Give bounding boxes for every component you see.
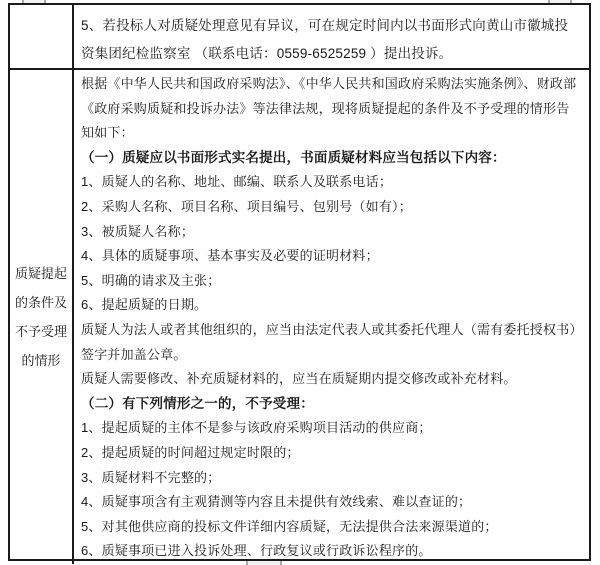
document-page: 5、若投标人对质疑处理意见有异议，可在规定时间内以书面形式向黄山市徽城投资集团纪… bbox=[0, 0, 600, 565]
notice-paragraphs: 根据《中华人民共和国政府采购法》、《中华人民共和国政府采购法实施条例》、财政部《… bbox=[74, 70, 589, 564]
notice-paragraph: 1、提起质疑的主体不是参与该政府采购项目活动的供应商； bbox=[81, 416, 579, 441]
row-label-cell-empty bbox=[10, 5, 74, 68]
table-row-notice: 质疑提起 的条件及 不予受理 的情形 根据《中华人民共和国政府采购法》、《中华人… bbox=[10, 70, 589, 564]
notice-paragraph: 1、质疑人的名称、地址、邮编、联系人及联系电话； bbox=[81, 170, 579, 195]
notice-paragraph: 3、被质疑人名称； bbox=[81, 220, 579, 245]
row-label-notice-conditions: 质疑提起 的条件及 不予受理 的情形 bbox=[10, 70, 74, 564]
notice-paragraph: 质疑人为法人或者其他组织的，应当由法定代表人或其委托代理人（需有委托授权书）签字… bbox=[81, 318, 579, 367]
notice-paragraph: （二）有下列情形之一的，不予受理： bbox=[81, 392, 579, 417]
notice-paragraph: 5、明确的请求及主张； bbox=[81, 269, 579, 294]
notice-paragraph: 2、采购人名称、项目名称、项目编号、包别号（如有）； bbox=[81, 195, 579, 220]
notice-table: 5、若投标人对质疑处理意见有异议，可在规定时间内以书面形式向黄山市徽城投资集团纪… bbox=[8, 3, 591, 561]
notice-paragraph: 5、对其他供应商的投标文件详细内容质疑，无法提供合法来源渠道的； bbox=[81, 515, 579, 540]
complaint-instruction-text: 5、若投标人对质疑处理意见有异议，可在规定时间内以书面形式向黄山市徽城投资集团纪… bbox=[74, 5, 589, 68]
notice-paragraph: 3、质疑材料不完整的； bbox=[81, 466, 579, 491]
notice-paragraph: 质疑人需要修改、补充质疑材料的，应当在质疑期内提交修改或补充材料。 bbox=[81, 367, 579, 392]
notice-paragraph: 6、质疑事项已进入投诉处理、行政复议或行政诉讼程序的。 bbox=[81, 539, 579, 564]
table-row-complaint: 5、若投标人对质疑处理意见有异议，可在规定时间内以书面形式向黄山市徽城投资集团纪… bbox=[10, 5, 589, 70]
notice-paragraph: 4、具体的质疑事项、基本事实及必要的证明材料； bbox=[81, 244, 579, 269]
notice-paragraph: 4、质疑事项含有主观猜测等内容且未提供有效线索、难以查证的； bbox=[81, 490, 579, 515]
notice-paragraph: 根据《中华人民共和国政府采购法》、《中华人民共和国政府采购法实施条例》、财政部《… bbox=[81, 72, 579, 146]
notice-paragraph: 2、提起质疑的时间超过规定时限的； bbox=[81, 441, 579, 466]
notice-paragraph: 6、提起质疑的日期。 bbox=[81, 293, 579, 318]
notice-paragraph: （一）质疑应以书面形式实名提出，书面质疑材料应当包括以下内容： bbox=[81, 146, 579, 171]
